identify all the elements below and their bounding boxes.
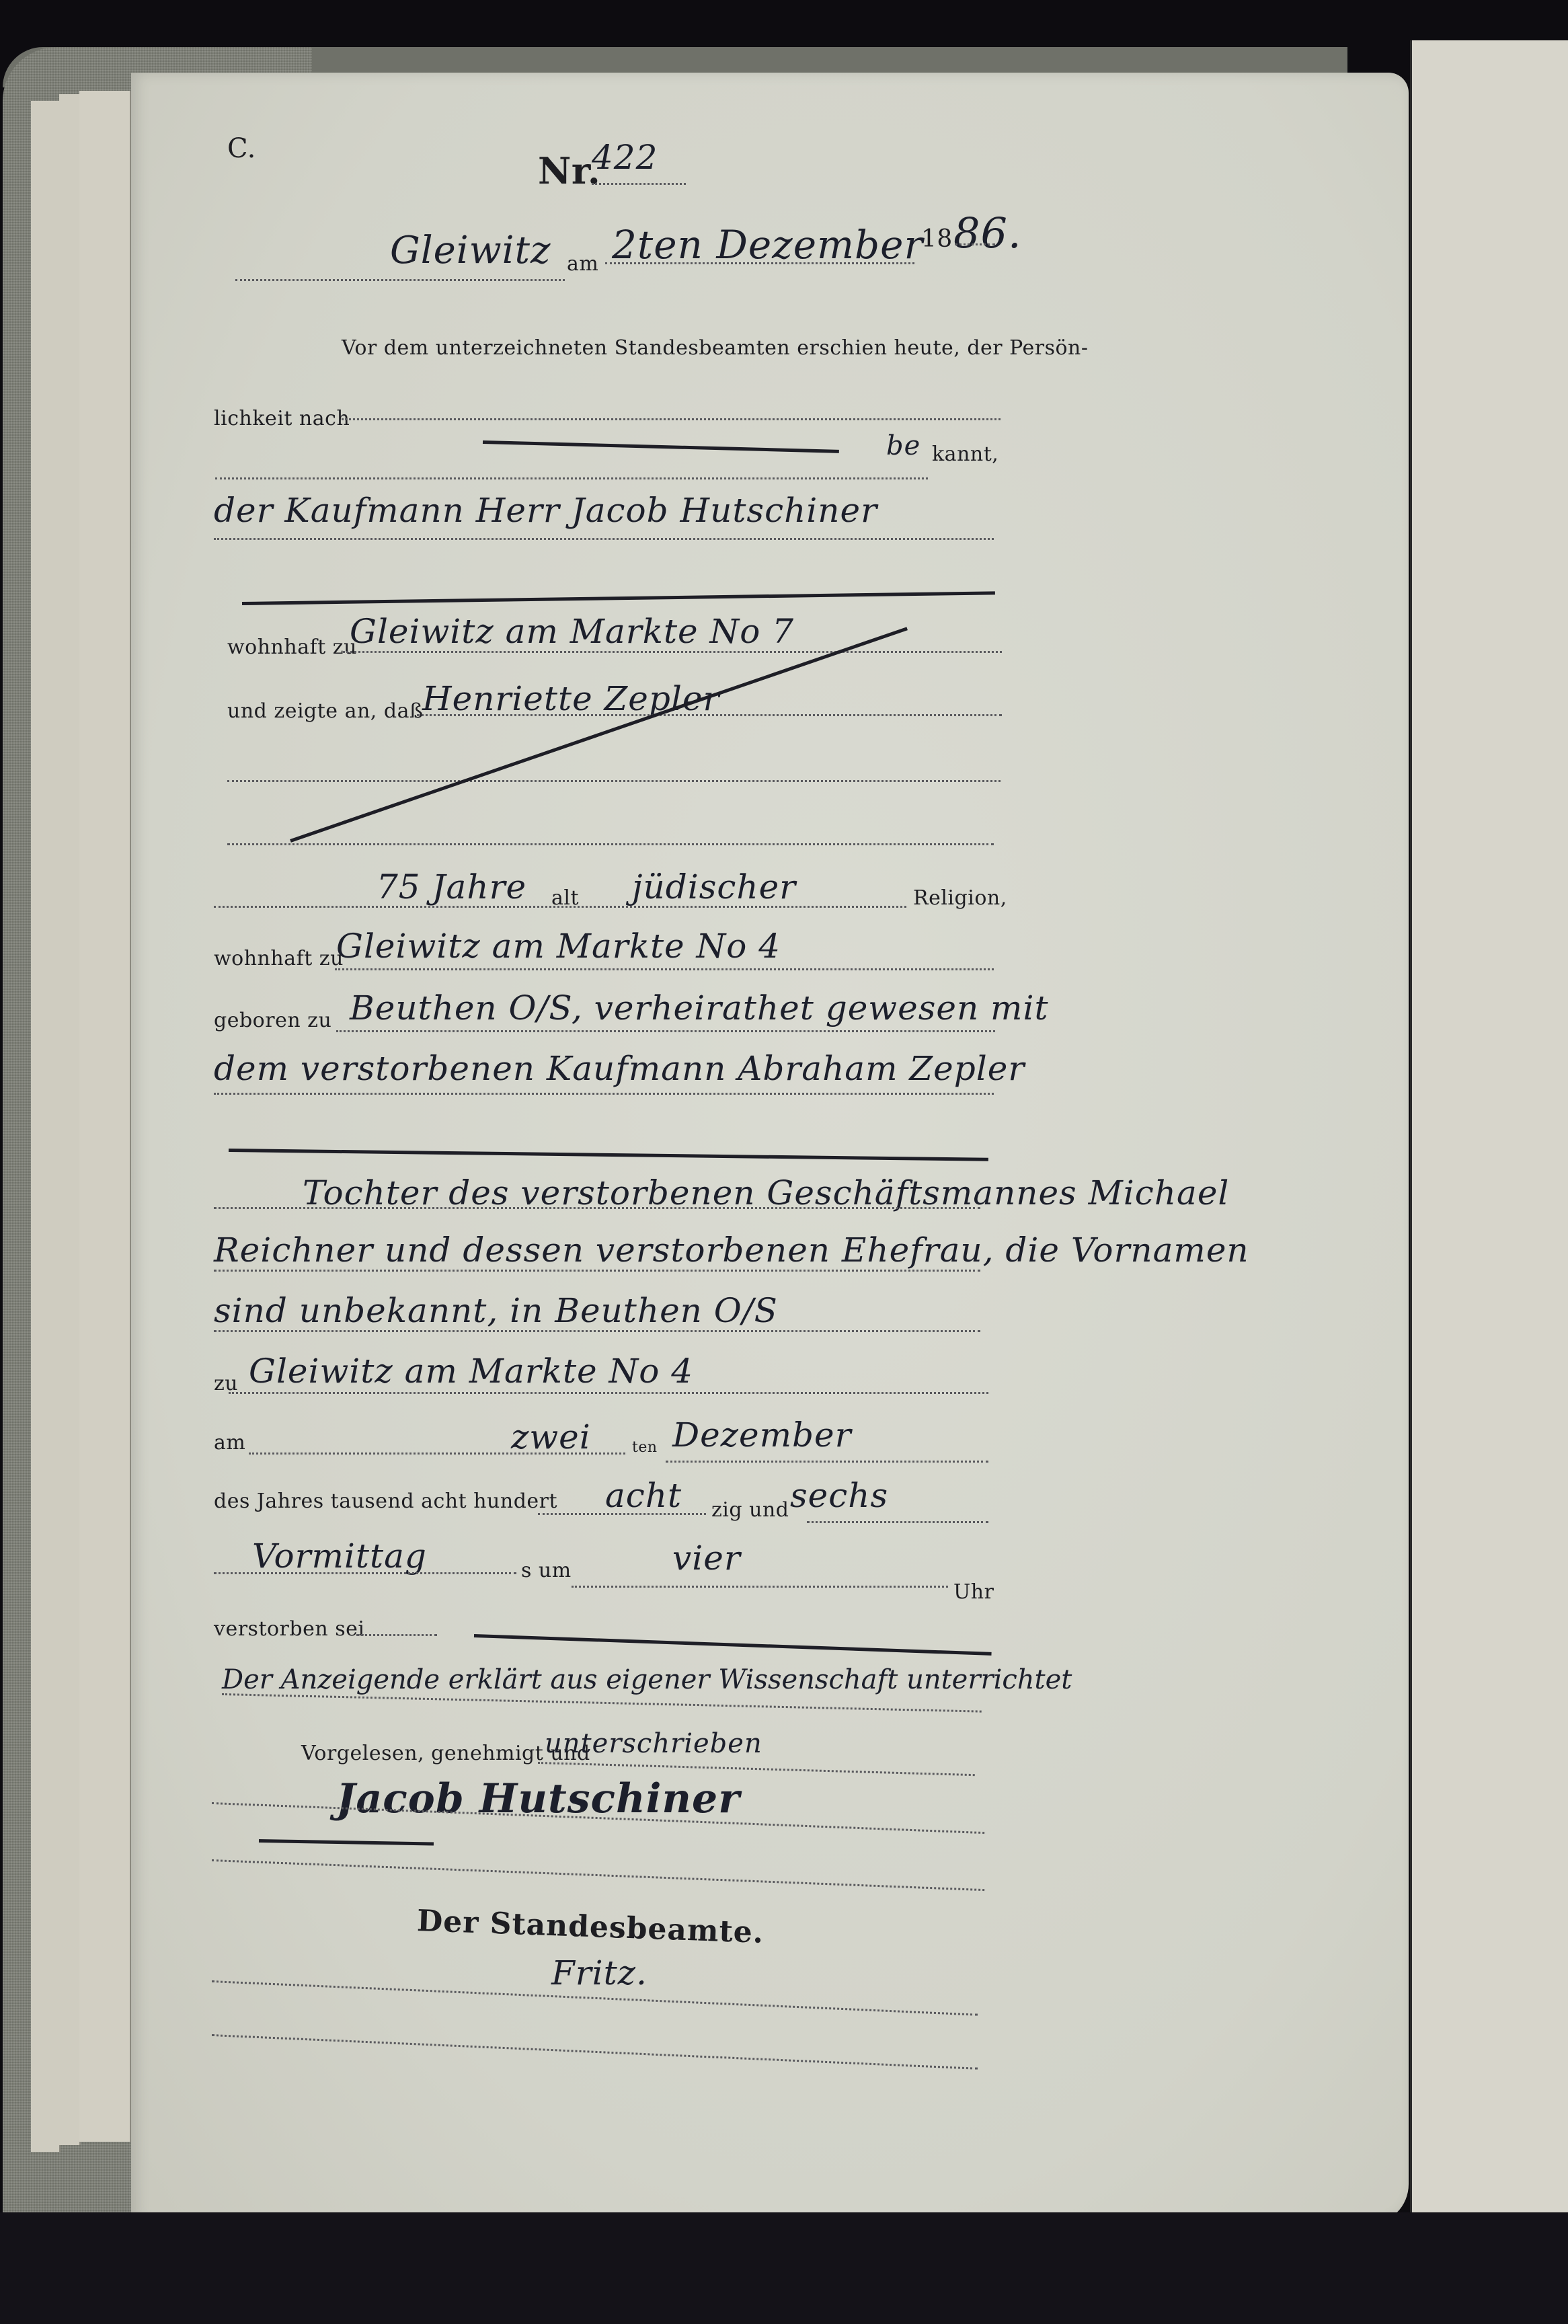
age-field: 75 Jahre	[377, 867, 526, 906]
time-of-day-field: Vormittag	[252, 1537, 427, 1576]
residence-label: wohnhaft zu	[227, 635, 357, 659]
spouse-line	[214, 1093, 994, 1095]
religion-field: jüdischer	[632, 867, 796, 906]
number-line	[592, 183, 686, 185]
read-confirmation: unterschrieben	[545, 1728, 762, 1759]
residence-line	[343, 651, 1002, 653]
year-tens-field: acht	[605, 1476, 682, 1515]
died-line	[356, 1634, 437, 1636]
rule-line	[214, 1207, 980, 1209]
deceased-line	[417, 714, 1002, 716]
death-month-line	[666, 1461, 988, 1463]
year-tens-line	[538, 1513, 706, 1515]
residence-field: Gleiwitz am Markte No 7	[350, 612, 794, 651]
rule-line	[222, 1693, 982, 1713]
record-number: 422	[592, 138, 658, 177]
deceased-residence-field: Gleiwitz am Markte No 4	[336, 927, 781, 966]
place-line	[235, 279, 565, 281]
deceased-name-field: Henriette Zepler	[422, 679, 719, 718]
rule-line	[212, 1859, 984, 1891]
death-place-line	[229, 1392, 988, 1394]
year-units-field: sechs	[790, 1476, 888, 1515]
birthplace-label: geboren zu	[214, 1009, 331, 1032]
parents-line-3: sind unbekannt, in Beuthen O/S	[214, 1291, 778, 1330]
identity-suffix-hand: be	[886, 430, 920, 461]
time-mid-label: s um	[521, 1559, 572, 1582]
death-day-label: am	[214, 1431, 245, 1455]
birthplace-field: Beuthen O/S, verheirathet gewesen mit	[350, 989, 1049, 1028]
cancel-stroke	[229, 1149, 988, 1161]
form-letter: C.	[227, 133, 256, 164]
informant-field: der Kaufmann Herr Jacob Hutschiner	[214, 491, 877, 530]
year-field: 86.	[953, 208, 1022, 258]
date-line	[605, 262, 914, 264]
signature-flourish	[259, 1839, 434, 1846]
birthplace-line	[336, 1030, 995, 1032]
intro-text: Vor dem unterzeichneten Standesbeamten e…	[342, 336, 1089, 360]
date-prefix: am	[567, 252, 598, 276]
remark-field: Der Anzeigende erklärt aus eigener Wisse…	[222, 1664, 1072, 1695]
death-record-form: C. Nr. 422 Gleiwitz am 2ten Dezember 18 …	[0, 0, 1568, 2324]
identity-label: lichkeit nach	[214, 407, 350, 430]
place-field: Gleiwitz	[390, 229, 551, 272]
age-line	[214, 906, 906, 908]
hour-label: Uhr	[953, 1580, 994, 1604]
reported-label: und zeigte an, daß	[227, 699, 424, 723]
cancel-stroke	[242, 591, 995, 605]
death-place-field: Gleiwitz am Markte No 4	[249, 1352, 693, 1391]
death-month-field: Dezember	[672, 1416, 852, 1455]
hour-field: vier	[672, 1539, 741, 1578]
spouse-field: dem verstorbenen Kaufmann Abraham Zepler	[214, 1049, 1025, 1088]
death-day-field: zwei	[511, 1418, 591, 1457]
died-label: verstorben sei	[214, 1617, 364, 1641]
cancel-stroke	[290, 627, 908, 843]
rule-line	[214, 1330, 980, 1332]
year-tens-suffix: zig und	[711, 1498, 789, 1522]
parents-line-2: Reichner und dessen verstorbenen Ehefrau…	[214, 1231, 1249, 1270]
rule-line	[215, 477, 928, 479]
cancel-stroke	[474, 1634, 992, 1656]
rule-line	[538, 1762, 975, 1776]
time-line	[214, 1572, 516, 1574]
cancel-stroke	[483, 440, 839, 453]
rule-line	[214, 1270, 980, 1272]
year-line	[955, 243, 995, 245]
hour-line	[572, 1586, 948, 1588]
identity-line	[342, 418, 1001, 420]
informant-line	[214, 538, 994, 540]
year-prefix: 18	[921, 225, 953, 253]
death-day-line	[249, 1452, 625, 1455]
rule-line	[227, 780, 1001, 782]
identity-suffix: kannt,	[932, 442, 998, 466]
date-field: 2ten Dezember	[612, 222, 923, 268]
registrar-signature: Fritz.	[551, 1953, 648, 1992]
rule-line	[212, 2034, 978, 2070]
registrar-heading: Der Standesbeamte.	[416, 1904, 765, 1950]
deceased-residence-label: wohnhaft zu	[214, 947, 344, 970]
death-day-suffix: ten	[632, 1439, 658, 1456]
rule-line	[227, 843, 994, 845]
year-label: des Jahres tausend acht hundert	[214, 1489, 557, 1513]
year-units-line	[807, 1521, 988, 1523]
deceased-residence-line	[335, 968, 994, 970]
religion-label: Religion,	[913, 886, 1007, 910]
